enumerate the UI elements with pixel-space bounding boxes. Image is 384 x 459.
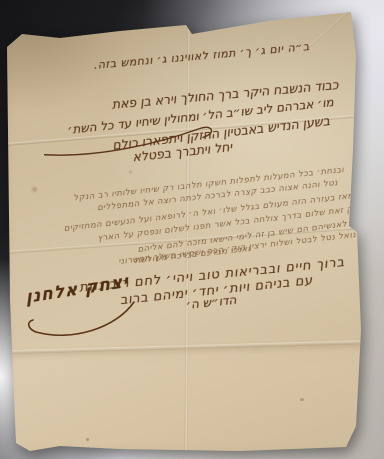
- paper-shadow: ב״ה יום ג׳ ך׳ תמוז לאוויננו ג׳ ונחמש בזה…: [0, 0, 384, 459]
- photo-of-letter: ב״ה יום ג׳ ך׳ תמוז לאוויננו ג׳ ונחמש בזה…: [0, 0, 384, 459]
- letter-paper: ב״ה יום ג׳ ך׳ תמוז לאוויננו ג׳ ונחמש בזה…: [0, 0, 384, 459]
- paper-edge-highlight: [0, 0, 384, 459]
